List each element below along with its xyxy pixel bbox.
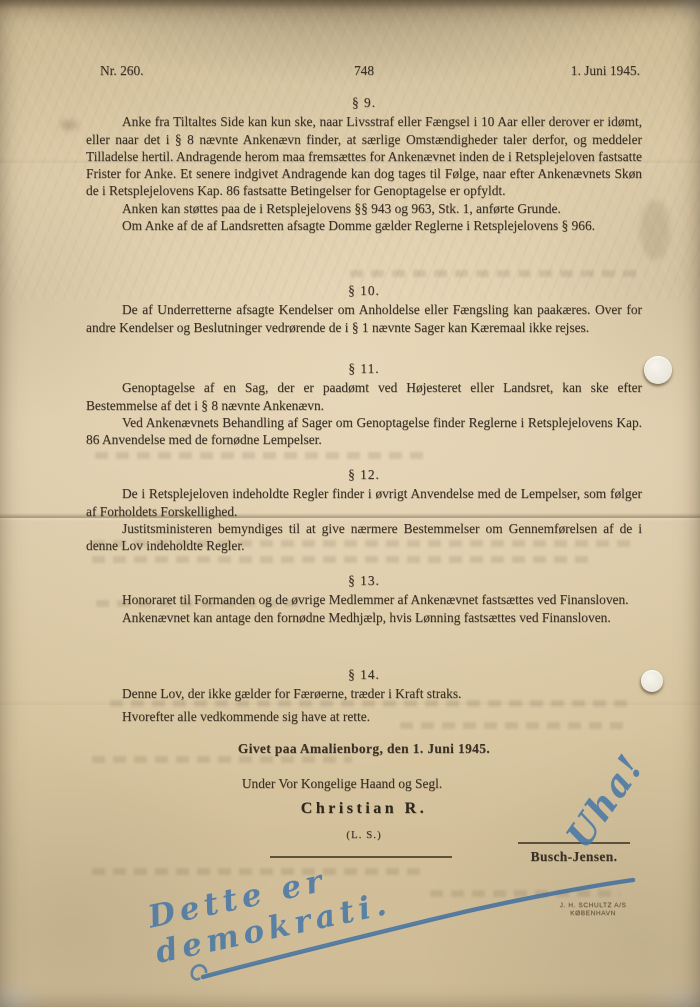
punch-hole: [641, 670, 663, 692]
paper-stain: [640, 200, 670, 260]
obedience-formula: Hvorefter alle vedkommende sig have at r…: [86, 708, 642, 725]
page-header: Nr. 260. 748 1. Juni 1945.: [86, 62, 642, 79]
section-14: § 14. Denne Lov, der ikke gælder for Fær…: [86, 666, 642, 703]
paragraph: De af Underretterne afsagte Kendelser om…: [86, 301, 642, 336]
paragraph: Ved Ankenævnets Behandling af Sager om G…: [86, 414, 642, 449]
section-heading: § 12.: [86, 466, 642, 483]
section-heading: § 10.: [86, 282, 642, 299]
fold-crease: [0, 513, 700, 521]
printer-mark-line2: KØBENHAVN: [515, 910, 671, 918]
section-13: § 13. Honoraret til Formanden og de øvri…: [86, 572, 642, 626]
header-date: 1. Juni 1945.: [457, 62, 642, 79]
royal-signature: Christian R.: [86, 800, 642, 817]
paper-stain: [60, 120, 78, 130]
punch-hole: [644, 356, 672, 384]
paragraph: Justitsministeren bemyndiges til at give…: [86, 520, 642, 555]
section-11: § 11. Genoptagelse af en Sag, der er paa…: [86, 360, 642, 448]
section-heading: § 9.: [86, 94, 642, 111]
paragraph: Om Anke af de af Landsretten afsagte Dom…: [86, 217, 642, 234]
section-heading: § 11.: [86, 360, 642, 377]
paragraph: Genoptagelse af en Sag, der er paadømt v…: [86, 379, 642, 414]
section-heading: § 13.: [86, 572, 642, 589]
scanned-document-page: { "doc": { "header": { "law_number": "Nr…: [0, 0, 700, 1007]
paragraph: Anken kan støttes paa de i Retsplejelove…: [86, 200, 642, 217]
paragraph: Anke fra Tiltaltes Side kan kun ske, naa…: [86, 113, 642, 199]
seal-formula: Under Vor Kongelige Haand og Segl.: [64, 775, 620, 792]
section-12: § 12. De i Retsplejeloven indeholdte Reg…: [86, 466, 642, 554]
printer-mark-line1: J. H. SCHULTZ A/S: [515, 902, 671, 910]
fold-crease: [0, 158, 700, 166]
printer-mark: J. H. SCHULTZ A/S KØBENHAVN: [515, 902, 671, 918]
fold-crease: [0, 700, 700, 708]
paragraph: Ankenævnet kan antage den fornødne Medhj…: [86, 609, 642, 626]
section-heading: § 14.: [86, 666, 642, 683]
law-number: Nr. 260.: [86, 62, 271, 79]
section-10: § 10. De af Underretterne afsagte Kendel…: [86, 282, 642, 336]
promulgation-line: Givet paa Amalienborg, den 1. Juni 1945.: [86, 740, 642, 757]
paragraph: Honoraret til Formanden og de øvrige Med…: [86, 591, 642, 608]
page-number: 748: [271, 62, 456, 79]
